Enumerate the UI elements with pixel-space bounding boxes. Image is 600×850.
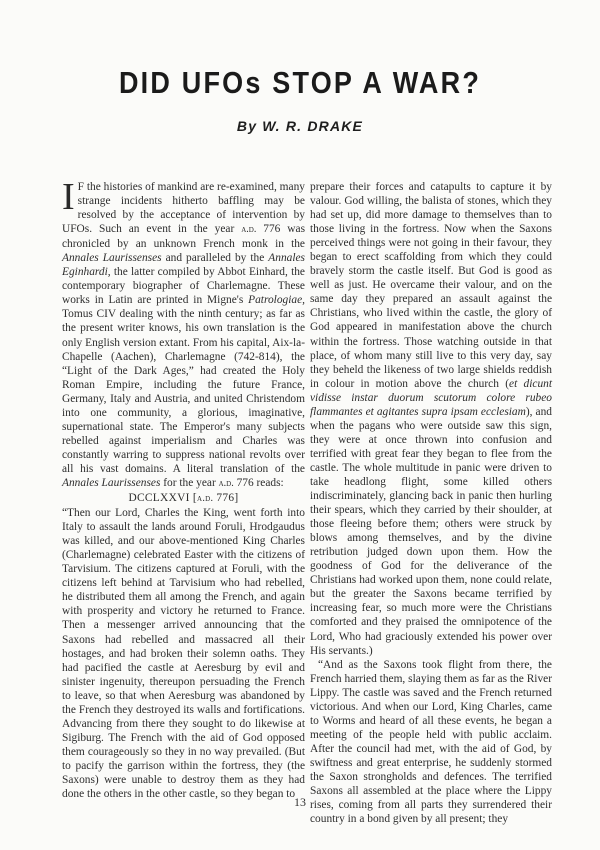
text-run: for the year xyxy=(160,477,218,489)
right-column: prepare their forces and catapults to ca… xyxy=(310,180,552,826)
page-number: 13 xyxy=(0,795,600,810)
year-heading: DCCLXXVI [a.d. 776] xyxy=(62,491,305,506)
drop-cap: I xyxy=(62,182,75,212)
intro-paragraph: IF the histories of mankind are re-exami… xyxy=(62,180,305,491)
text-run: 776 reads: xyxy=(234,477,284,489)
year-text: 776] xyxy=(213,492,238,504)
text-run: and paralleled by the xyxy=(162,252,269,264)
era-abbrev: a.d. xyxy=(197,493,213,504)
text-run: Tomus CIV dealing with the ninth century… xyxy=(62,308,305,475)
quote-paragraph-continued: prepare their forces and catapults to ca… xyxy=(310,180,552,658)
era-abbrev: a.d. xyxy=(219,478,234,489)
quote-paragraph-1: “Then our Lord, Charles the King, went f… xyxy=(62,506,305,801)
era-abbrev: a.d. xyxy=(241,224,256,235)
roman-numeral: DCCLXXVI [ xyxy=(128,492,197,504)
text-run: prepare their forces and catapults to ca… xyxy=(310,181,552,390)
left-column: IF the histories of mankind are re-exami… xyxy=(62,180,305,801)
book-title: Patrologiae, xyxy=(248,294,305,306)
book-title: Annales Laurissenses xyxy=(62,477,160,489)
article-byline: By W. R. DRAKE xyxy=(0,118,600,134)
article-title: DID UFOs STOP A WAR? xyxy=(0,66,600,101)
text-run: ), and when the pagans who were outside … xyxy=(310,406,552,657)
magazine-page: DID UFOs STOP A WAR? By W. R. DRAKE IF t… xyxy=(0,0,600,850)
book-title: Annales Laurissenses xyxy=(62,252,162,264)
